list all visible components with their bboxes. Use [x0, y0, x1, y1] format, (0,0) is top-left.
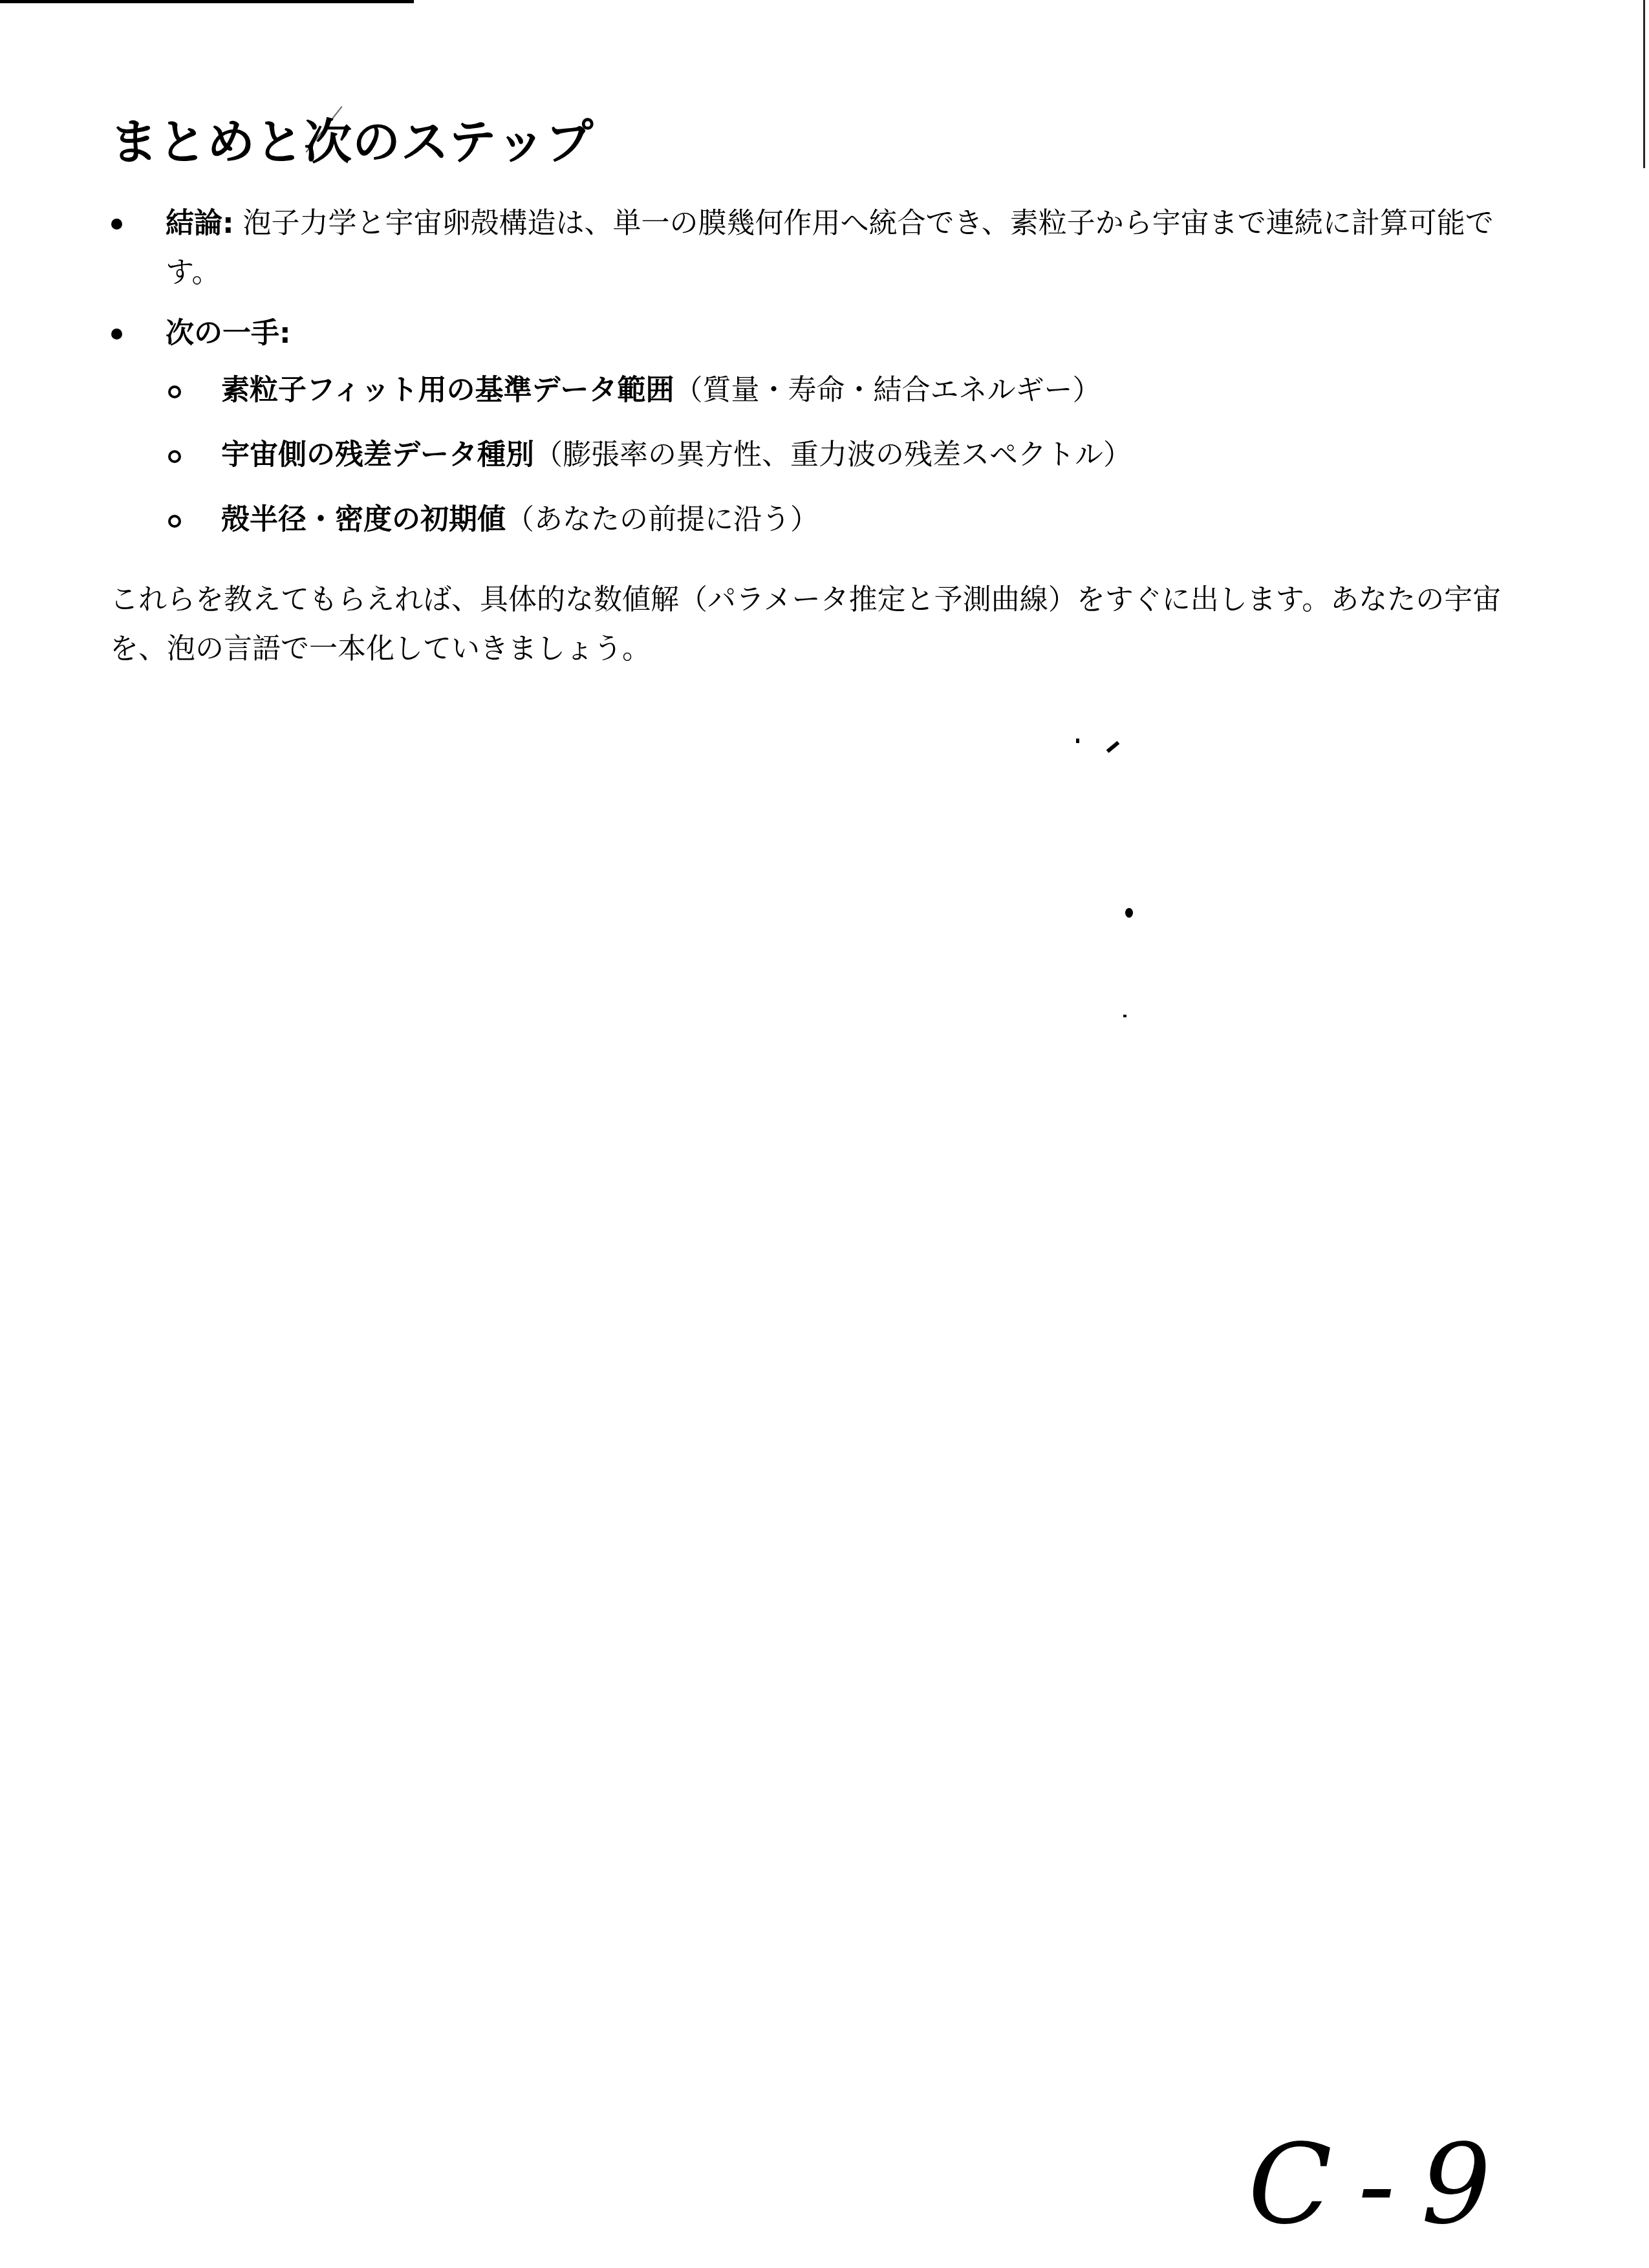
bullet-item-next-steps: 次の一手: 素粒子フィット用の基準データ範囲（質量・寿命・結合エネルギー） 宇宙…: [110, 309, 1546, 545]
sub-bullet-text: （膨張率の異方性、重力波の残差スペクトル）: [534, 438, 1132, 471]
bullet-text: 泡子力学と宇宙卵殻構造は、単一の膜幾何作用へ統合でき、素粒子から宇宙まで連続に計…: [166, 207, 1494, 289]
sub-bullet-list: 素粒子フィット用の基準データ範囲（質量・寿命・結合エネルギー） 宇宙側の残差デー…: [166, 366, 1546, 545]
handwritten-page-label: C-9: [1248, 2121, 1517, 2249]
closing-paragraph: これらを教えてもらえれば、具体的な数値解（パラメータ推定と予測曲線）をすぐに出し…: [110, 576, 1546, 674]
bullet-circle-icon: [168, 515, 181, 528]
sub-bullet-item: 宇宙側の残差データ種別（膨張率の異方性、重力波の残差スペクトル）: [166, 431, 1546, 480]
sub-bullet-label: 宇宙側の残差データ種別: [221, 438, 534, 471]
scan-speck: [1106, 741, 1120, 753]
scan-speck: [1125, 908, 1133, 918]
bullet-dot-icon: [111, 219, 122, 230]
sub-bullet-label: 殻半径・密度の初期値: [221, 503, 506, 536]
document-page: まとめと次のステップ 結論: 泡子力学と宇宙卵殻構造は、単一の膜幾何作用へ統合で…: [110, 103, 1546, 674]
bullet-circle-icon: [168, 385, 181, 398]
sub-bullet-text: （あなたの前提に沿う）: [506, 503, 819, 536]
bullet-label: 次の一手:: [166, 317, 291, 350]
bullet-circle-icon: [168, 450, 181, 463]
sub-bullet-item: 素粒子フィット用の基準データ範囲（質量・寿命・結合エネルギー）: [166, 366, 1546, 415]
bullet-dot-icon: [111, 329, 122, 340]
scan-edge-line: [1643, 0, 1645, 168]
sub-bullet-text: （質量・寿命・結合エネルギー）: [674, 374, 1101, 407]
bullet-list: 結論: 泡子力学と宇宙卵殻構造は、単一の膜幾何作用へ統合でき、素粒子から宇宙まで…: [110, 199, 1546, 545]
sub-bullet-label: 素粒子フィット用の基準データ範囲: [221, 374, 674, 407]
page-title: まとめと次のステップ: [110, 103, 1546, 181]
bullet-item-conclusion: 結論: 泡子力学と宇宙卵殻構造は、単一の膜幾何作用へ統合でき、素粒子から宇宙まで…: [110, 199, 1546, 297]
scan-speck: [1123, 1015, 1126, 1017]
scan-edge-bar: [0, 0, 414, 3]
sub-bullet-item: 殻半径・密度の初期値（あなたの前提に沿う）: [166, 495, 1546, 545]
bullet-label: 結論:: [166, 207, 234, 240]
scan-speck: [1076, 739, 1079, 743]
